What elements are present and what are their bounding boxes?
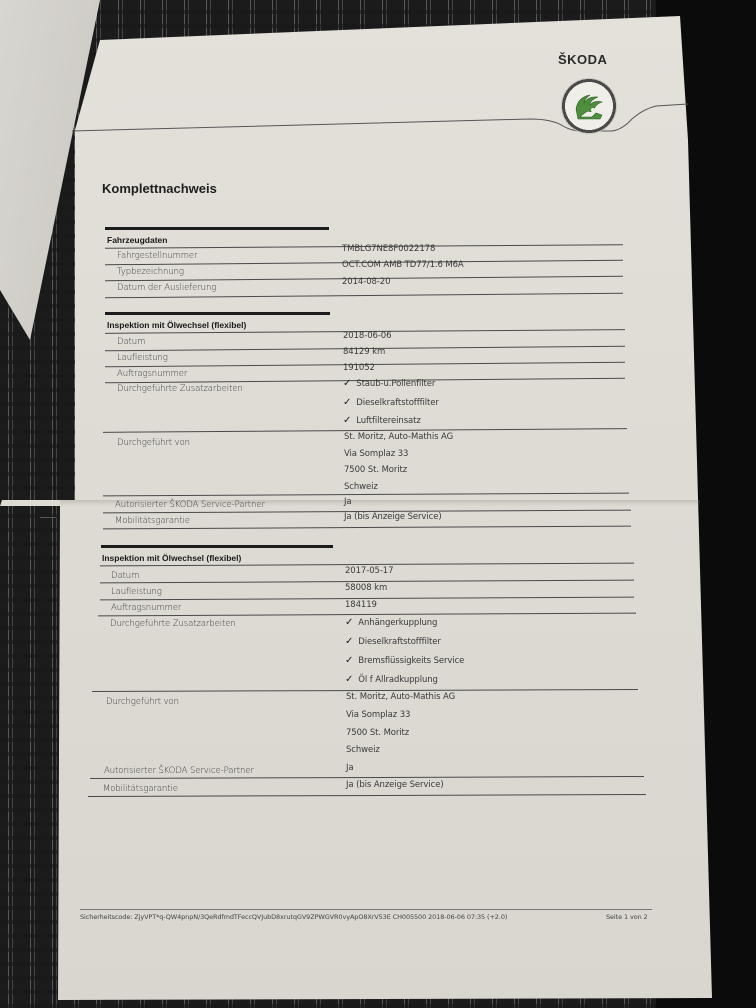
check-icon: ✓ <box>345 636 353 647</box>
label-extra-work: Durchgeführte Zusatzarbeiten <box>110 619 236 629</box>
value-delivery-date: 2014-08-20 <box>342 277 390 287</box>
label-date: Datum <box>111 571 139 581</box>
header-divider-line <box>0 0 756 160</box>
section-title-inspection-2: Inspektion mit Ölwechsel (flexibel) <box>102 553 241 563</box>
check-icon: ✓ <box>345 617 353 628</box>
security-code: Sicherheitscode: ZjyVPT*q-QW4pnpN/3QeRdf… <box>80 913 507 921</box>
performed-by-line: St. Moritz, Auto-Mathis AG <box>346 692 455 702</box>
check-icon: ✓ <box>343 415 351 426</box>
label-order-number: Auftragsnummer <box>111 603 181 613</box>
label-date: Datum <box>117 337 145 347</box>
label-mileage: Laufleistung <box>111 587 162 597</box>
label-type: Typbezeichnung <box>117 267 184 277</box>
value-mobility-guarantee: Ja (bis Anzeige Service) <box>344 512 442 522</box>
performed-by-line: Via Somplaz 33 <box>346 710 410 720</box>
check-icon: ✓ <box>343 378 351 389</box>
value-order-number: 191052 <box>343 363 375 373</box>
label-extra-work: Durchgeführte Zusatzarbeiten <box>117 384 243 394</box>
extra-work-item: ✓Bremsflüssigkeits Service <box>345 655 464 666</box>
label-performed-by: Durchgeführt von <box>117 438 190 448</box>
value-date: 2017-05-17 <box>345 566 393 576</box>
performed-by-line: Schweiz <box>344 482 378 492</box>
label-mobility-guarantee: Mobilitätsgarantie <box>115 516 190 526</box>
value-authorized-partner: Ja <box>344 497 352 507</box>
label-vin: Fahrgestellnummer <box>117 251 197 261</box>
label-order-number: Auftragsnummer <box>117 369 187 379</box>
fold-mark <box>40 517 56 518</box>
label-performed-by: Durchgeführt von <box>106 697 179 707</box>
extra-work-item: ✓Staub-u.Pollenfilter <box>343 378 435 389</box>
brand-wordmark: ŠKODA <box>558 52 607 67</box>
performed-by-line: 7500 St. Moritz <box>344 465 407 475</box>
section-title-vehicle: Fahrzeugdaten <box>107 235 167 245</box>
skoda-logo-icon <box>561 78 617 134</box>
extra-work-item: ✓Luftfiltereinsatz <box>343 415 421 426</box>
extra-work-item: ✓Öl f Allradkupplung <box>345 674 438 685</box>
value-mileage: 84129 km <box>343 347 385 357</box>
section-bar <box>105 227 329 230</box>
label-authorized-partner: Autorisierter ŠKODA Service-Partner <box>115 500 265 510</box>
performed-by-line: Via Somplaz 33 <box>344 449 408 459</box>
page-number: Seite 1 von 2 <box>606 913 648 921</box>
performed-by-line: 7500 St. Moritz <box>346 728 409 738</box>
performed-by-line: St. Moritz, Auto-Mathis AG <box>344 432 453 442</box>
label-mobility-guarantee: Mobilitätsgarantie <box>103 784 178 794</box>
extra-work-item: ✓Anhängerkupplung <box>345 617 437 628</box>
extra-work-item: ✓Dieselkraftstofffilter <box>343 397 439 408</box>
value-vin: TMBLG7NE8F0022178 <box>342 244 435 254</box>
section-title-inspection-1: Inspektion mit Ölwechsel (flexibel) <box>107 320 246 330</box>
value-mobility-guarantee: Ja (bis Anzeige Service) <box>346 780 444 790</box>
value-date: 2018-06-06 <box>343 331 391 341</box>
check-icon: ✓ <box>343 397 351 408</box>
value-order-number: 184119 <box>345 600 377 610</box>
performed-by-line: Schweiz <box>346 745 380 755</box>
label-authorized-partner: Autorisierter ŠKODA Service-Partner <box>104 766 254 776</box>
label-delivery-date: Datum der Auslieferung <box>117 283 216 293</box>
value-mileage: 58008 km <box>345 583 387 593</box>
check-icon: ✓ <box>345 674 353 685</box>
check-icon: ✓ <box>345 655 353 666</box>
page-title: Komplettnachweis <box>102 181 217 196</box>
section-bar <box>101 545 333 548</box>
value-type: OCT.COM AMB TD77/1.6 M6A <box>342 260 464 270</box>
extra-work-item: ✓Dieselkraftstofffilter <box>345 636 441 647</box>
label-mileage: Laufleistung <box>117 353 168 363</box>
value-authorized-partner: Ja <box>346 763 354 773</box>
section-bar <box>105 312 330 315</box>
